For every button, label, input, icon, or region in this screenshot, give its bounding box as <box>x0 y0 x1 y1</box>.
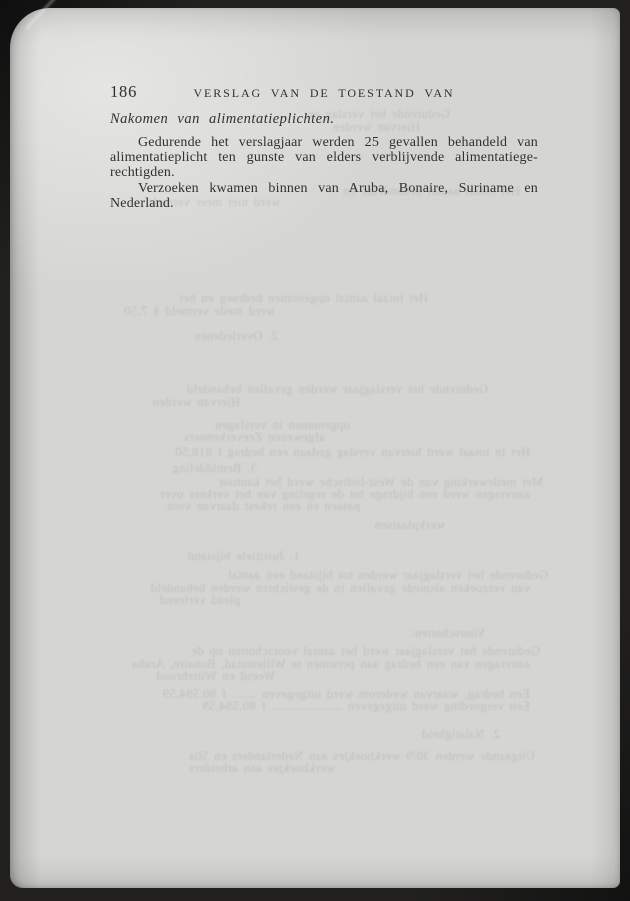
printed-content: 186 VERSLAG VAN DE TOESTAND VAN Nakomen … <box>10 8 620 888</box>
scan-background: { "document": { "page_number": "186", "r… <box>0 0 630 901</box>
body-line: Verzoeken kwamen binnen van Aruba, Bonai… <box>110 181 538 196</box>
running-header: VERSLAG VAN DE TOESTAND VAN <box>110 86 538 101</box>
body-line: Nederland. <box>110 196 538 211</box>
body-line: alimentatieplicht ten gunste van elders … <box>110 150 538 165</box>
body-text: Gedurende het verslagjaar werden 25 geva… <box>110 135 538 211</box>
body-line: rechtigden. <box>110 165 538 180</box>
section-heading: Nakomen van alimentatieplichten. <box>110 111 335 128</box>
scanned-page: Gedurende het verslag enHiervan werdenHe… <box>10 8 620 888</box>
body-line: Gedurende het verslagjaar werden 25 geva… <box>110 135 538 150</box>
